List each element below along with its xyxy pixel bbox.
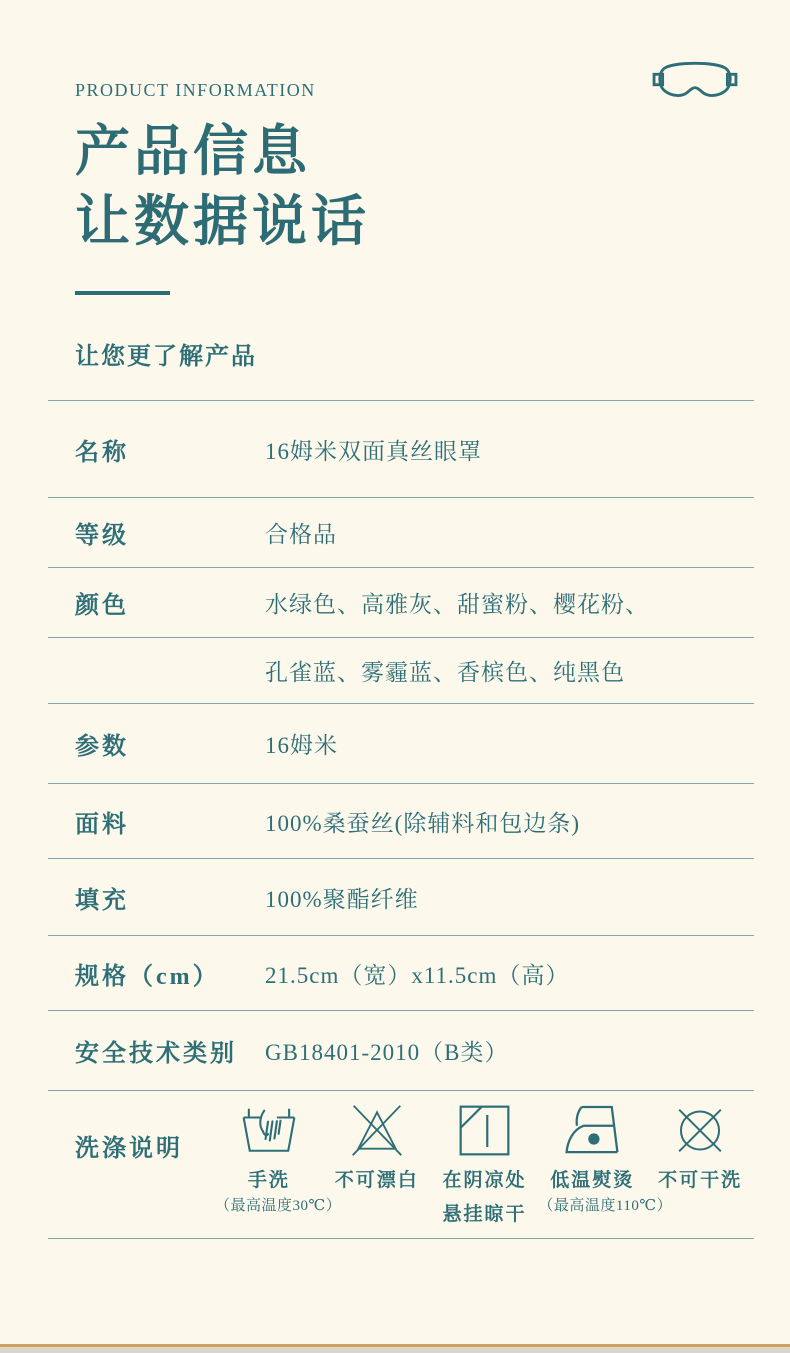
- spec-table: 名称 16姆米双面真丝眼罩 等级 合格品 颜色 水绿色、高雅灰、甜蜜粉、樱花粉、…: [48, 400, 754, 1239]
- care-item-hand-wash: 手洗 （最高温度30℃）: [215, 1100, 323, 1238]
- care-note: （最高温度30℃）: [215, 1194, 323, 1215]
- spec-label: 安全技术类别: [75, 1033, 265, 1068]
- spec-value: 孔雀蓝、雾霾蓝、香槟色、纯黑色: [265, 654, 625, 687]
- spec-label: 参数: [75, 726, 265, 761]
- care-item-low-iron: 低温熨烫 （最高温度110℃）: [538, 1100, 646, 1238]
- spec-row-momme: 参数 16姆米: [48, 704, 754, 784]
- hand-wash-icon: [215, 1100, 323, 1158]
- spec-label: 等级: [75, 515, 265, 550]
- spec-row-size: 规格（cm） 21.5cm（宽）x11.5cm（高）: [48, 936, 754, 1011]
- care-instructions-row: 洗涤说明: [48, 1091, 754, 1239]
- spec-row-grade: 等级 合格品: [48, 498, 754, 568]
- spec-label: 规格（cm）: [75, 956, 265, 991]
- care-item-no-dry-clean: 不可干洗: [646, 1100, 754, 1238]
- spec-row-color-cont: 孔雀蓝、雾霾蓝、香槟色、纯黑色: [48, 638, 754, 704]
- care-label: 洗涤说明: [75, 1091, 215, 1238]
- spec-value: 合格品: [265, 516, 337, 549]
- spec-label: 填充: [75, 880, 265, 915]
- care-caption: 手洗: [215, 1165, 323, 1192]
- low-temp-iron-icon: [538, 1100, 646, 1158]
- title-line-2: 让数据说话: [75, 191, 370, 252]
- care-caption: 低温熨烫: [538, 1165, 646, 1192]
- shade-line-dry-icon: [431, 1100, 539, 1158]
- care-caption-line2: 悬挂晾干: [431, 1199, 539, 1226]
- care-item-shade-dry: 在阴凉处 悬挂晾干: [431, 1100, 539, 1238]
- care-caption: 不可漂白: [323, 1165, 431, 1192]
- spec-label: 颜色: [75, 585, 265, 620]
- spec-value: GB18401-2010（B类）: [265, 1034, 508, 1067]
- spec-value: 100%桑蚕丝(除辅料和包边条): [265, 805, 580, 838]
- care-caption: 不可干洗: [646, 1165, 754, 1192]
- no-dry-clean-icon: [646, 1100, 754, 1158]
- spec-value: 16姆米: [265, 727, 338, 760]
- care-note: （最高温度110℃）: [538, 1194, 646, 1215]
- subtitle: 让您更了解产品: [75, 336, 790, 371]
- no-bleach-icon: [323, 1100, 431, 1158]
- care-items: 手洗 （最高温度30℃） 不可漂白: [215, 1091, 754, 1238]
- care-caption: 在阴凉处: [431, 1165, 539, 1192]
- spec-row-name: 名称 16姆米双面真丝眼罩: [48, 401, 754, 498]
- title-line-1: 产品信息: [75, 121, 311, 182]
- eye-mask-icon: [652, 60, 738, 105]
- spec-value: 100%聚酯纤维: [265, 881, 419, 914]
- spec-value: 16姆米双面真丝眼罩: [265, 433, 482, 466]
- spec-row-color: 颜色 水绿色、高雅灰、甜蜜粉、樱花粉、: [48, 568, 754, 638]
- page-title: 产品信息让数据说话: [75, 117, 790, 257]
- spec-label: 名称: [75, 432, 265, 467]
- spec-label: 面料: [75, 804, 265, 839]
- spec-row-safety-class: 安全技术类别 GB18401-2010（B类）: [48, 1011, 754, 1091]
- spec-value: 21.5cm（宽）x11.5cm（高）: [265, 957, 569, 990]
- title-divider: [75, 291, 170, 295]
- footer-edge-strip: [0, 1347, 790, 1353]
- spec-row-fabric: 面料 100%桑蚕丝(除辅料和包边条): [48, 784, 754, 859]
- spec-value: 水绿色、高雅灰、甜蜜粉、樱花粉、: [265, 586, 649, 619]
- page-header: PRODUCT INFORMATION 产品信息让数据说话 让您更了解产品: [0, 0, 790, 371]
- spec-row-filling: 填充 100%聚酯纤维: [48, 859, 754, 936]
- care-item-no-bleach: 不可漂白: [323, 1100, 431, 1238]
